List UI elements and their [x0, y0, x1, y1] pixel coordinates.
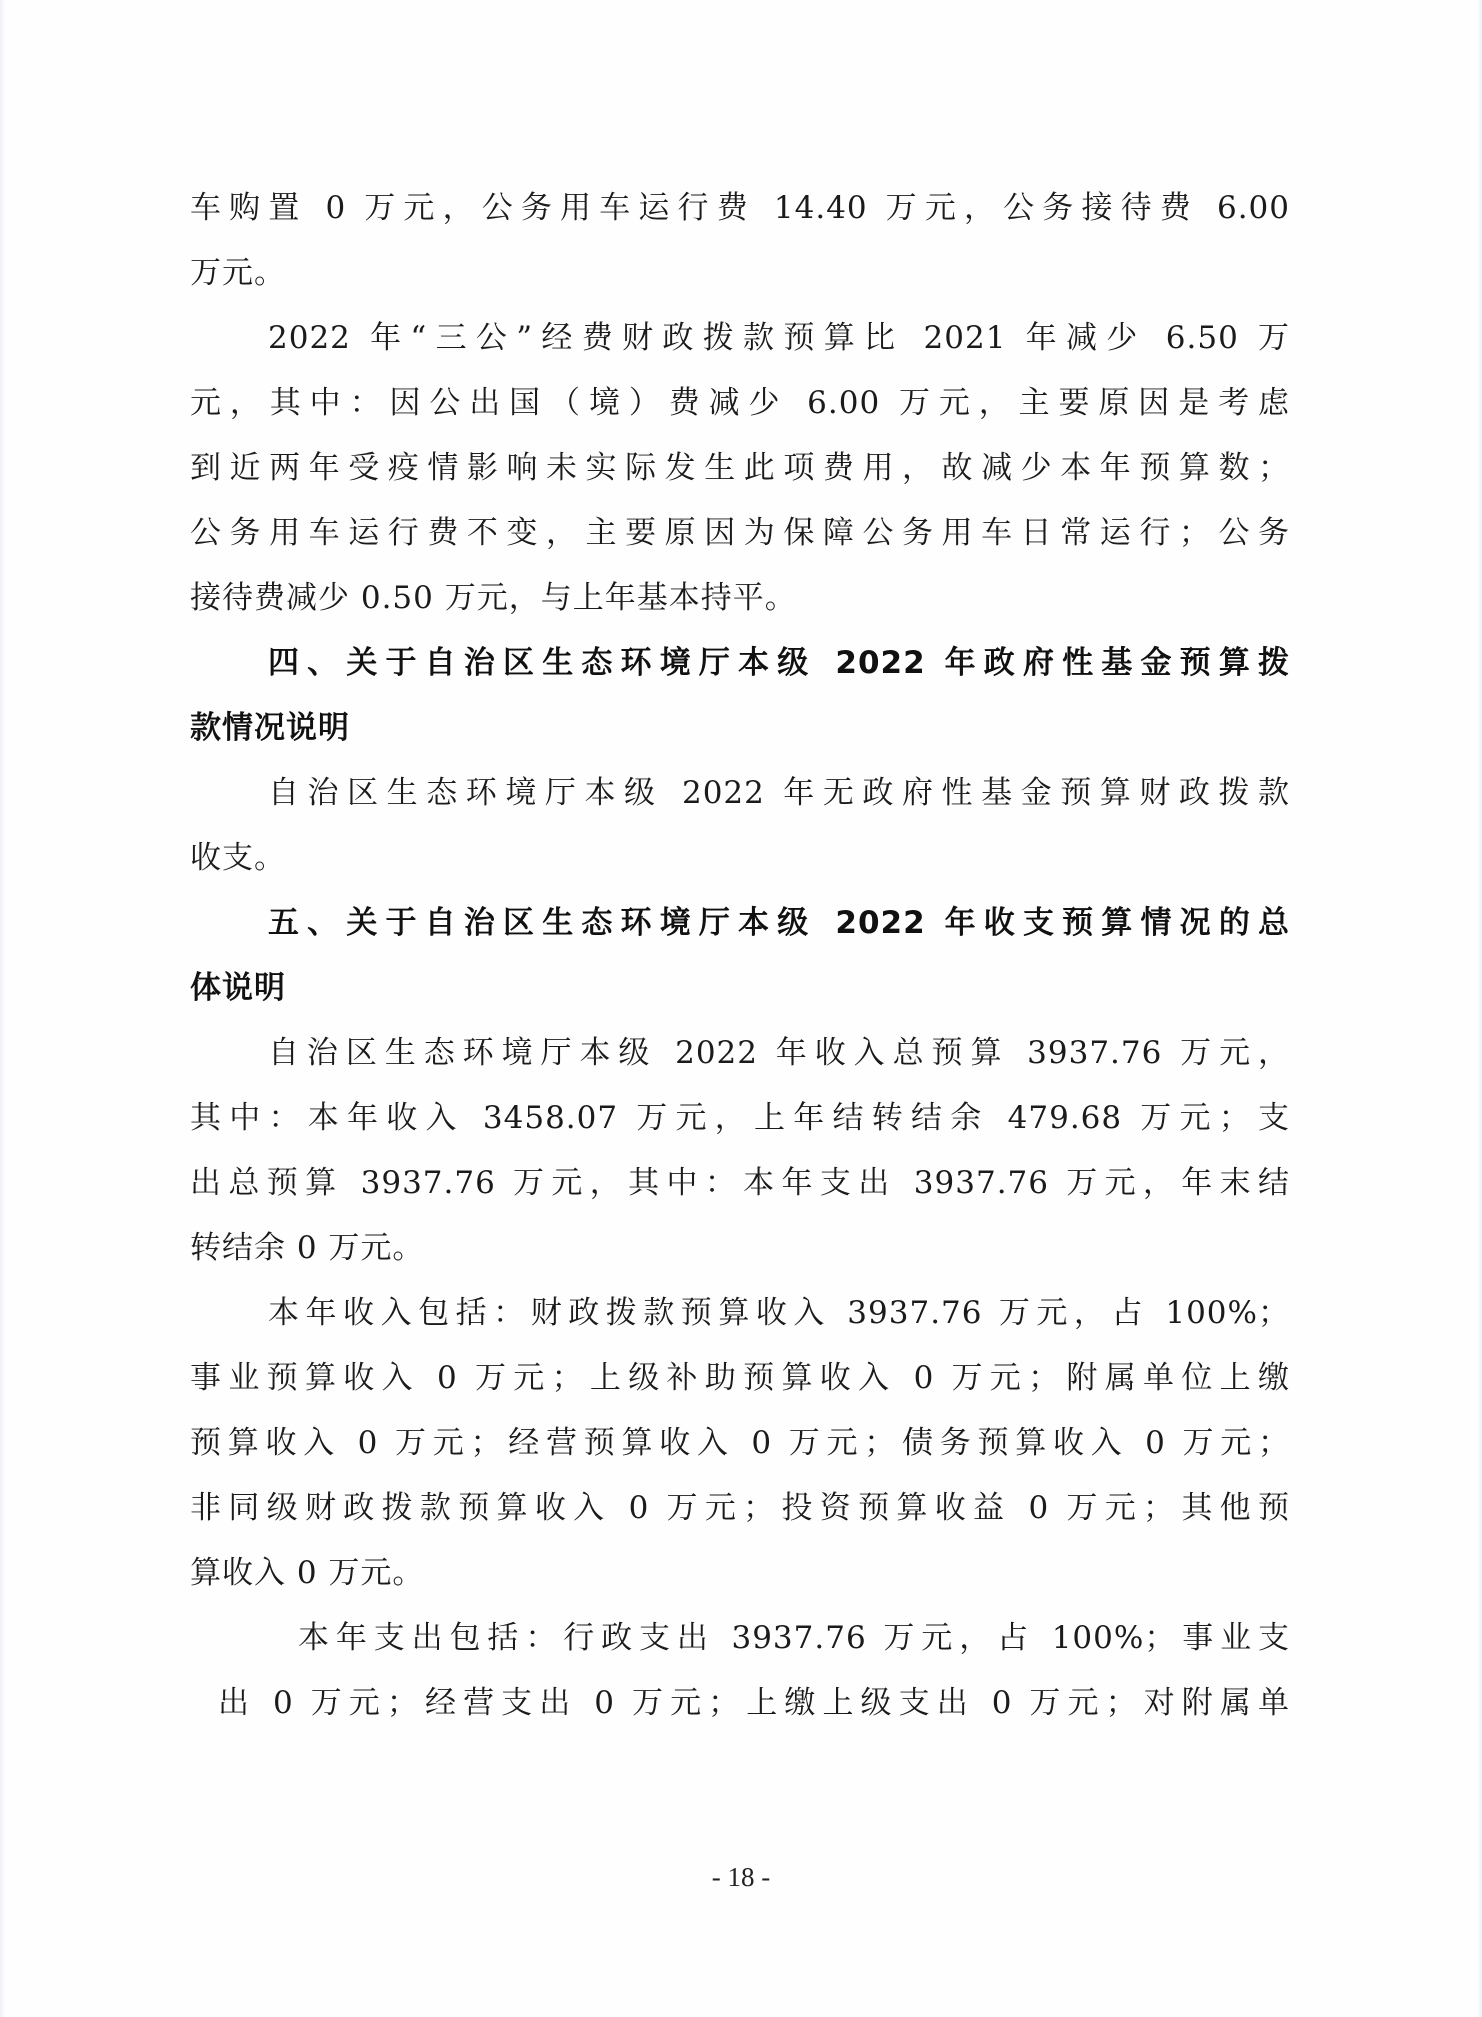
- heading-line: 款情况说明: [190, 706, 1290, 750]
- text-line: 预算收入 0 万元；经营预算收入 0 万元；债务预算收入 0 万元；: [190, 1421, 1290, 1465]
- text-line: 车购置 0 万元，公务用车运行费 14.40 万元，公务接待费 6.00: [190, 186, 1290, 230]
- text-line: 到近两年受疫情影响未实际发生此项费用，故减少本年预算数；: [190, 446, 1290, 490]
- text-line: 2022 年“三公”经费财政拨款预算比 2021 年减少 6.50 万: [268, 316, 1290, 360]
- text-line: 元，其中：因公出国（境）费减少 6.00 万元，主要原因是考虑: [190, 381, 1290, 425]
- text-line: 公务用车运行费不变，主要原因为保障公务用车日常运行；公务: [190, 511, 1290, 555]
- text-line: 收支。: [190, 836, 1290, 880]
- page-number: - 18 -: [0, 1862, 1482, 1893]
- scan-edge-right: [1476, 0, 1482, 2017]
- text-line: 非同级财政拨款预算收入 0 万元；投资预算收益 0 万元；其他预: [190, 1486, 1290, 1530]
- heading-line: 五、关于自治区生态环境厅本级 2022 年收支预算情况的总: [268, 901, 1290, 945]
- text-line: 出 0 万元；经营支出 0 万元；上缴上级支出 0 万元；对附属单: [218, 1681, 1290, 1725]
- text-line: 出总预算 3937.76 万元，其中：本年支出 3937.76 万元，年末结: [190, 1161, 1290, 1205]
- text-line: 其中：本年收入 3458.07 万元，上年结转结余 479.68 万元；支: [190, 1096, 1290, 1140]
- text-line: 本年支出包括：行政支出 3937.76 万元，占 100%；事业支: [298, 1616, 1290, 1660]
- scan-edge-left: [0, 0, 6, 2017]
- text-line: 接待费减少 0.50 万元，与上年基本持平。: [190, 576, 1290, 620]
- document-page: 车购置 0 万元，公务用车运行费 14.40 万元，公务接待费 6.00 万元。…: [0, 0, 1482, 2017]
- text-line: 自治区生态环境厅本级 2022 年收入总预算 3937.76 万元，: [268, 1031, 1290, 1075]
- text-line: 本年收入包括：财政拨款预算收入 3937.76 万元，占 100%；: [268, 1291, 1290, 1335]
- text-line: 万元。: [190, 251, 1290, 295]
- heading-line: 四、关于自治区生态环境厅本级 2022 年政府性基金预算拨: [268, 641, 1290, 685]
- heading-line: 体说明: [190, 966, 1290, 1010]
- text-line: 事业预算收入 0 万元；上级补助预算收入 0 万元；附属单位上缴: [190, 1356, 1290, 1400]
- text-line: 自治区生态环境厅本级 2022 年无政府性基金预算财政拨款: [268, 771, 1290, 815]
- text-line: 算收入 0 万元。: [190, 1551, 1290, 1595]
- text-line: 转结余 0 万元。: [190, 1226, 1290, 1270]
